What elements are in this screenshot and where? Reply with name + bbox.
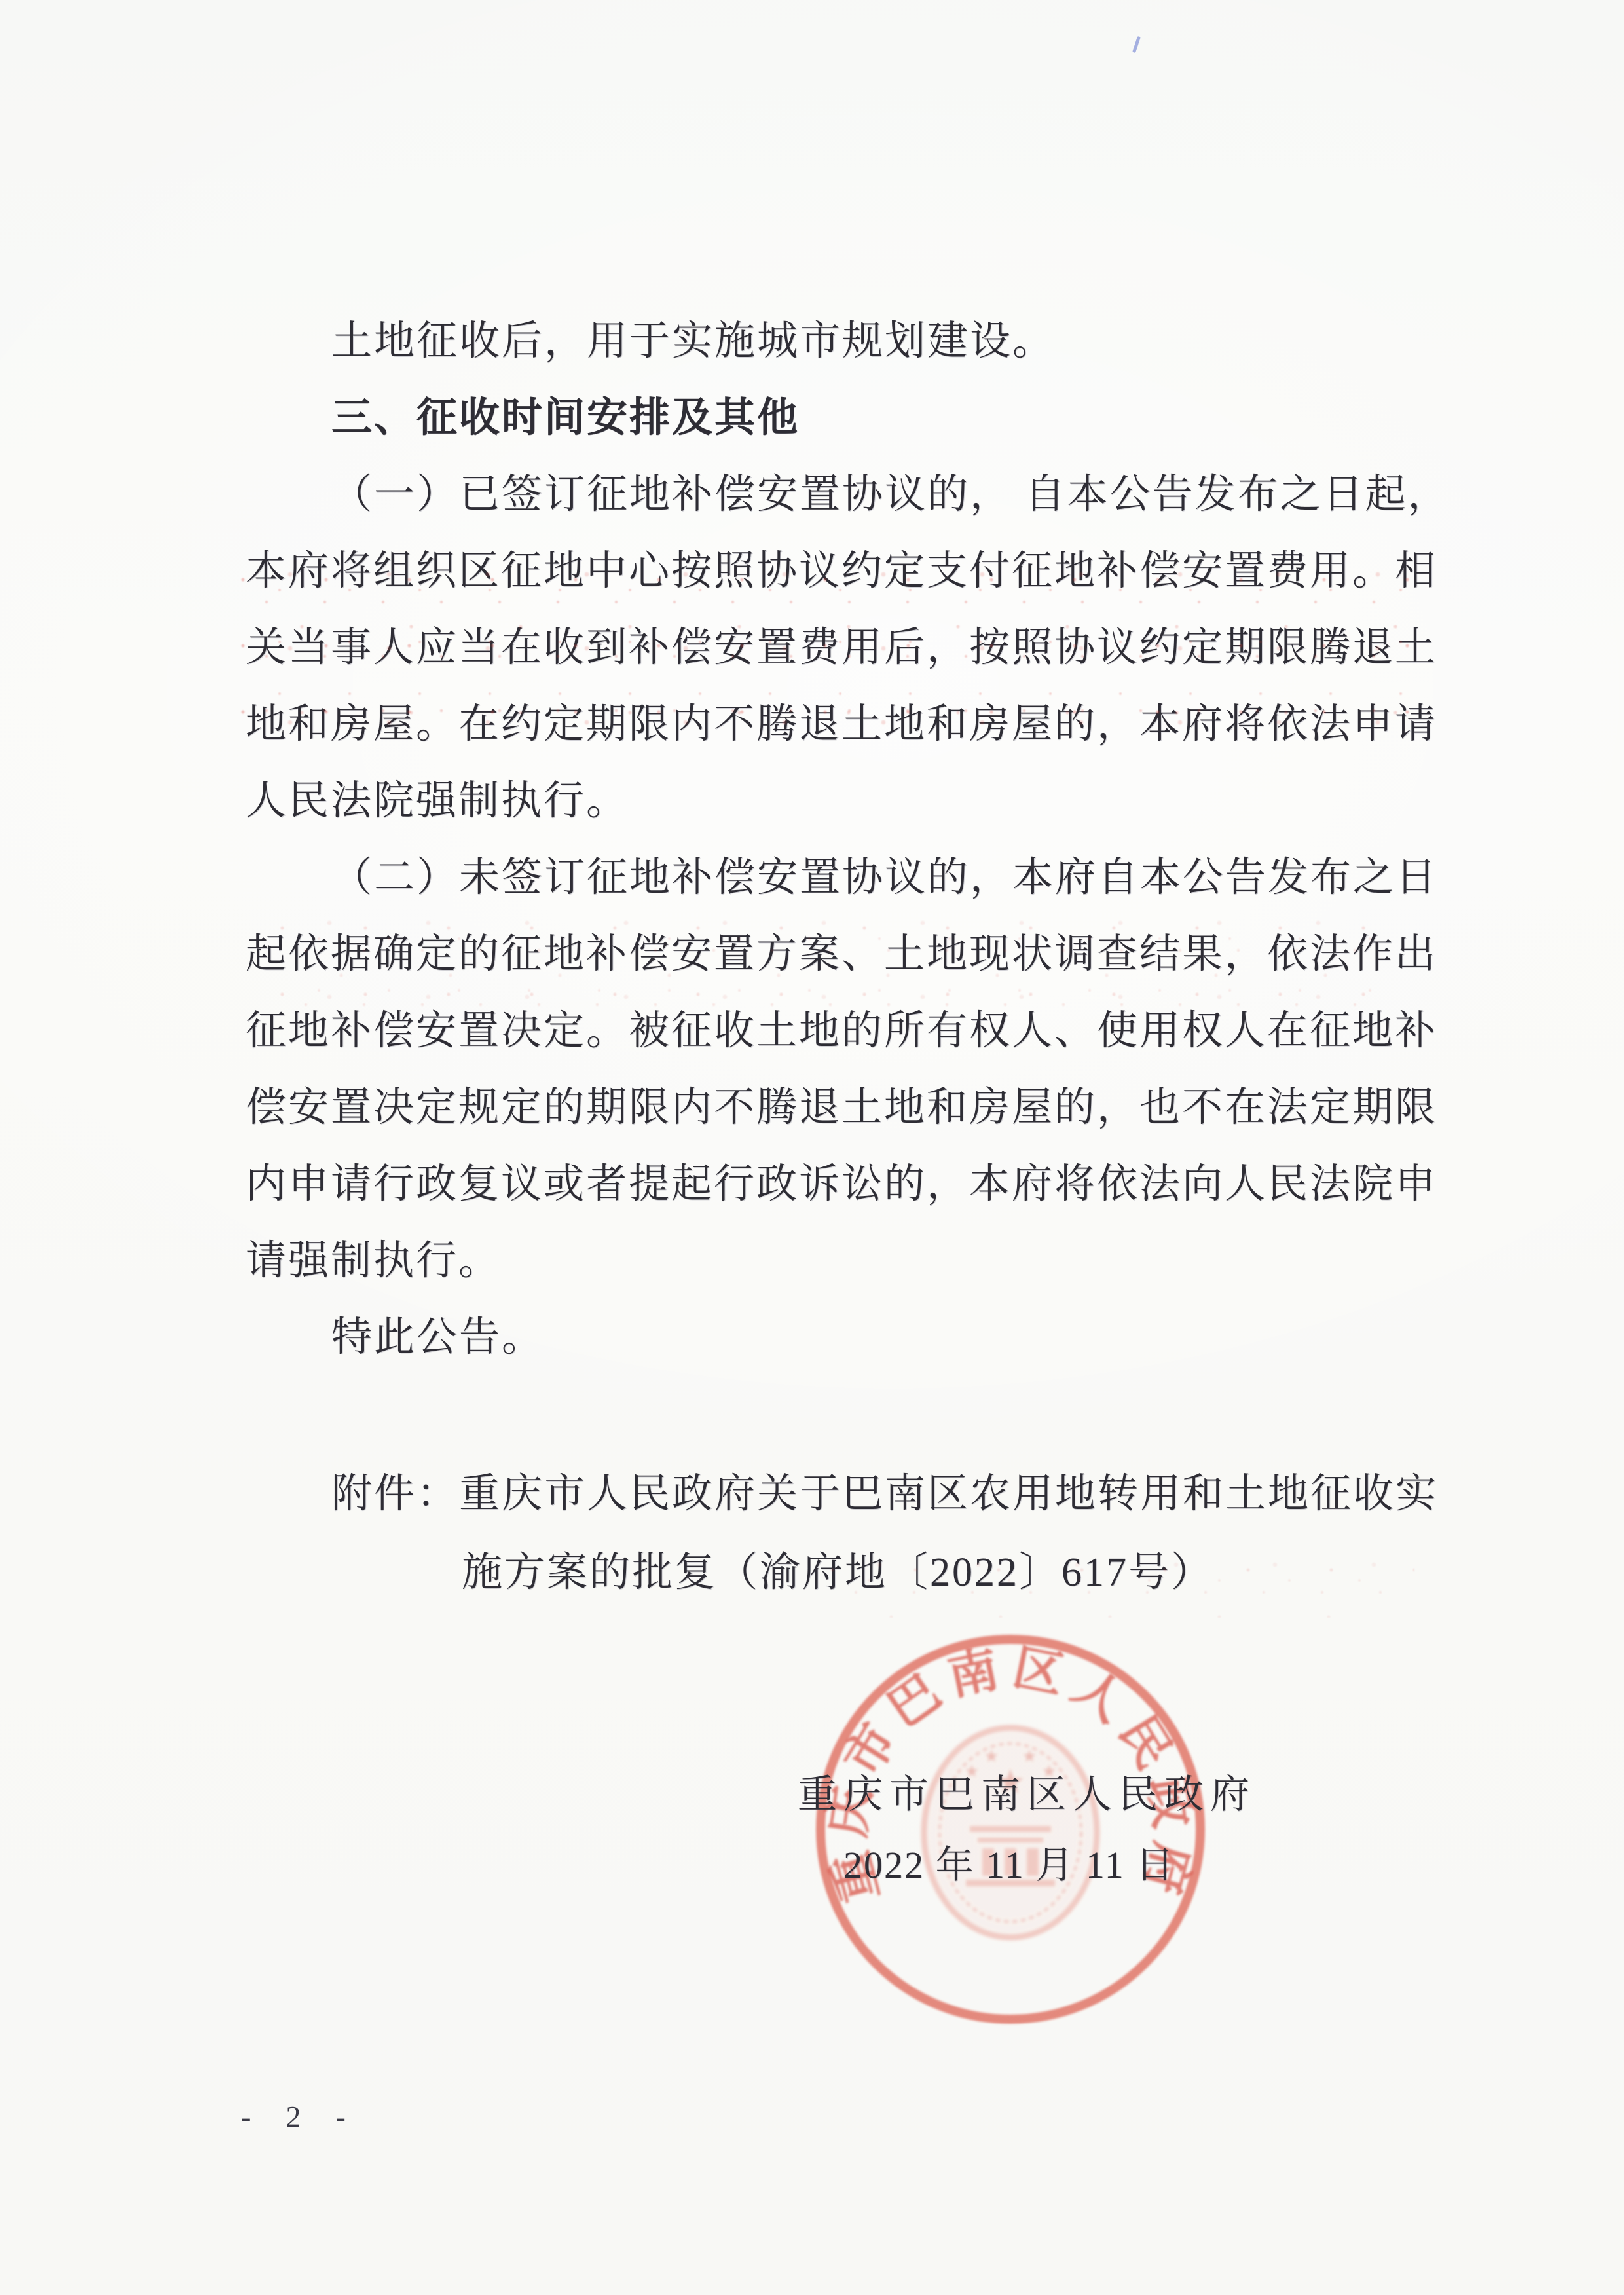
svg-text:★: ★ <box>984 1747 999 1766</box>
text-line: 土地征收后，用于实施城市规划建设。 <box>246 313 1460 390</box>
text-line: 内申请行政复议或者提起行政诉讼的，本府将依法向人民法院申 <box>246 1156 1460 1233</box>
text-line: 征地补偿安置决定。被征收土地的所有权人、使用权人在征地补 <box>246 1003 1460 1079</box>
text-line: 偿安置决定规定的期限内不腾退土地和房屋的，也不在法定期限 <box>246 1079 1460 1156</box>
scanner-artifact <box>1132 36 1141 53</box>
official-seal: ★ ★ ★ ★ ★ 重庆市巴南区人民政府 <box>811 1626 1210 2032</box>
text-line: （二）未签订征地补偿安置协议的，本府自本公告发布之日 <box>246 849 1460 926</box>
text-line: 起依据确定的征地补偿安置方案、土地现状调查结果，依法作出 <box>246 926 1460 1003</box>
text-line: 特此公告。 <box>246 1309 1460 1386</box>
text-line: 附件：重庆市人民政府关于巴南区农用地转用和土地征收实 <box>246 1466 1460 1544</box>
svg-text:★: ★ <box>1022 1747 1037 1766</box>
text-line: 三、征收时间安排及其他 <box>246 390 1460 466</box>
text-line: （一）已签订征地补偿安置协议的， 自本公告发布之日起， <box>246 466 1460 543</box>
text-line: 人民法院强制执行。 <box>246 773 1460 849</box>
text-line: 请强制执行。 <box>246 1233 1460 1309</box>
text-line: 施方案的批复（渝府地〔2022〕617号） <box>246 1544 1460 1623</box>
text-line: 本府将组织区征地中心按照协议约定支付征地补偿安置费用。相 <box>246 543 1460 620</box>
signature-organization: 重庆市巴南区人民政府 <box>798 1768 1269 1821</box>
scanned-document-page: { "page": { "number_label": "- 2 -" }, "… <box>0 0 1624 2295</box>
seal-emblem: ★ ★ ★ ★ ★ <box>924 1728 1097 1937</box>
signature-date: 2022 年 11 月 11 日 <box>843 1839 1236 1892</box>
attachment-text-column: 附件：重庆市人民政府关于巴南区农用地转用和土地征收实施方案的批复（渝府地〔202… <box>246 1466 1460 1623</box>
page-number: - 2 - <box>241 2099 352 2134</box>
text-line: 地和房屋。在约定期限内不腾退土地和房屋的，本府将依法申请 <box>246 696 1460 773</box>
text-line: 关当事人应当在收到补偿安置费用后，按照协议约定期限腾退土 <box>246 620 1460 696</box>
body-text-column: 土地征收后，用于实施城市规划建设。三、征收时间安排及其他（一）已签订征地补偿安置… <box>246 313 1460 1386</box>
